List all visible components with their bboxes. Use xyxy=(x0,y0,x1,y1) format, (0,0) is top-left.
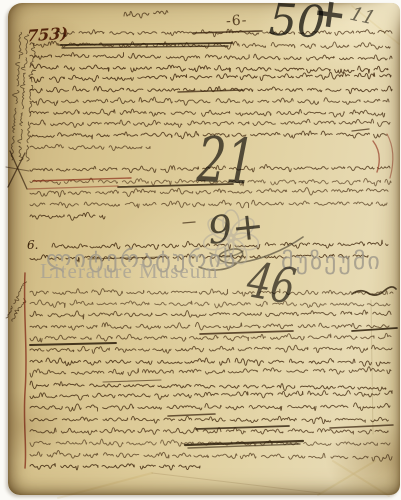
manuscript-scan: ლიტერატურის მუზეუმი Literature Museum 75… xyxy=(0,0,401,500)
pencil-number-21: 21 xyxy=(196,128,257,194)
pencil-plus-mark: + xyxy=(310,0,349,36)
pencil-number-46: 46 xyxy=(243,256,298,313)
manuscript-page xyxy=(8,3,400,495)
page-number-center: -6- xyxy=(226,13,248,28)
catalog-number: 753) xyxy=(27,26,68,45)
section-number: 6. xyxy=(27,239,38,251)
pencil-number-9-plus: 9+ xyxy=(206,206,266,250)
